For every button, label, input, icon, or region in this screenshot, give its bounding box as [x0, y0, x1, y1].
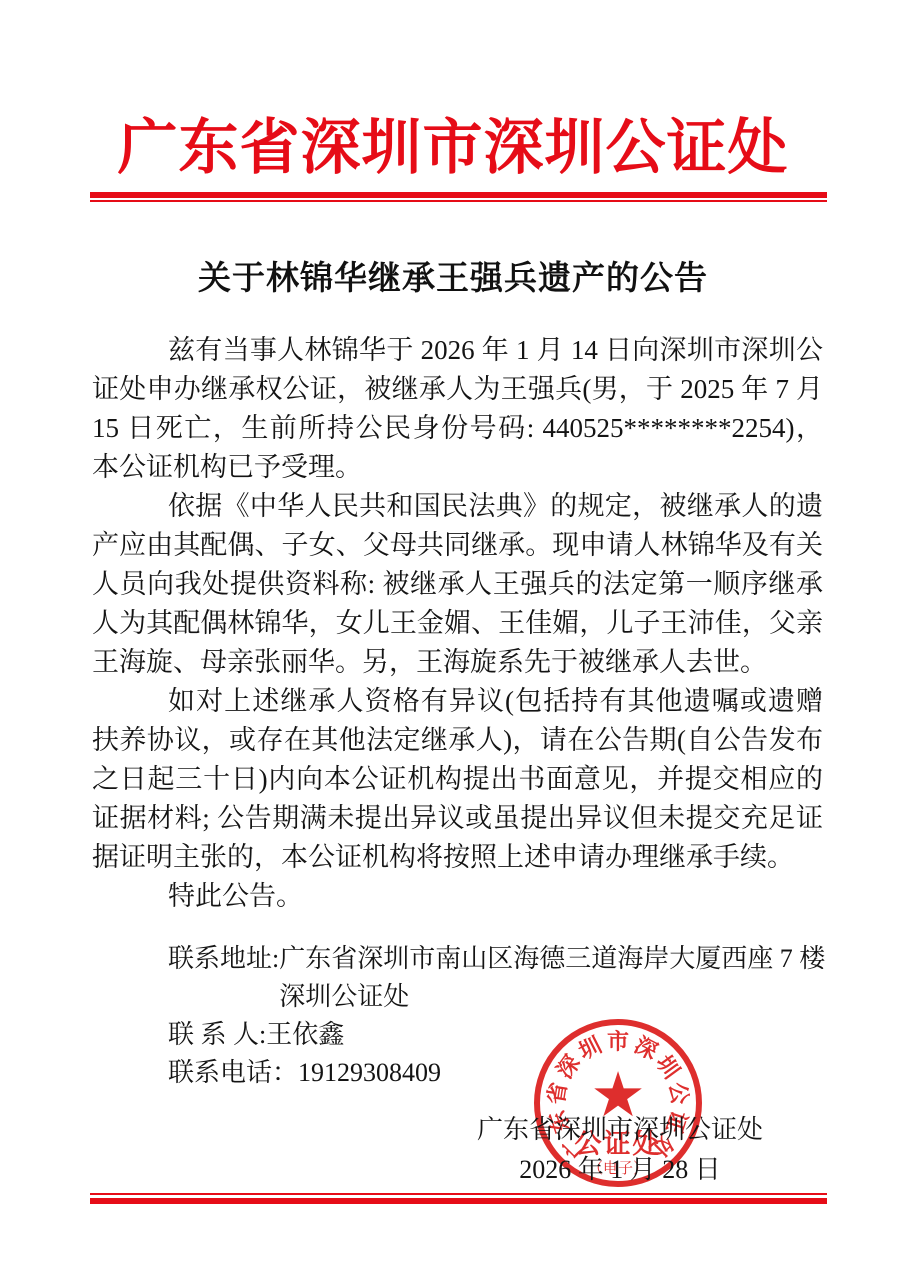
contact-block: 联系地址: 广东省深圳市南山区海德三道海岸大厦西座 7 楼 深圳公证处 联 系 … [168, 940, 828, 1092]
contact-phone-label: 联系电话： [168, 1054, 298, 1092]
seal-ring-char: 市 [605, 1029, 631, 1055]
footer-divider-rule [90, 1193, 827, 1204]
contact-address-label: 联系地址: [168, 940, 279, 978]
body-paragraph: 如对上述继承人资格有异议(包括持有其他遗嘱或遗赠扶养协议，或存在其他法定继承人)… [92, 682, 823, 877]
contact-person-value: 王依鑫 [266, 1016, 344, 1054]
org-header-title: 广东省深圳市深圳公证处 [0, 100, 906, 186]
signature-date: 2026 年 1 月 28 日 [448, 1150, 792, 1190]
document-page: 广东省深圳市深圳公证处 关于林锦华继承王强兵遗产的公告 兹有当事人林锦华于 20… [0, 0, 906, 1278]
document-title: 关于林锦华继承王强兵遗产的公告 [0, 252, 906, 299]
document-body: 兹有当事人林锦华于 2026 年 1 月 14 日向深圳市深圳公证处申办继承权公… [92, 331, 823, 916]
contact-address-row: 联系地址: 广东省深圳市南山区海德三道海岸大厦西座 7 楼 深圳公证处 [168, 940, 828, 1016]
contact-person-label: 联 系 人: [168, 1016, 266, 1054]
signature-block: 广东省深圳市深圳公证处 2026 年 1 月 28 日 [448, 1110, 792, 1190]
signature-org-name: 广东省深圳市深圳公证处 [448, 1110, 792, 1150]
contact-phone-value: 19129308409 [298, 1054, 441, 1092]
contact-address-line1: 广东省深圳市南山区海德三道海岸大厦西座 7 楼 [279, 940, 825, 978]
footer-rule-thick-line [90, 1198, 827, 1204]
contact-person-row: 联 系 人: 王依鑫 [168, 1016, 828, 1054]
header-rule-thin-line [90, 200, 827, 202]
contact-address-line2: 深圳公证处 [279, 978, 825, 1016]
body-paragraph: 依据《中华人民共和国民法典》的规定，被继承人的遗产应由其配偶、子女、父母共同继承… [92, 487, 823, 682]
header-divider-rule [90, 192, 827, 202]
body-paragraph: 兹有当事人林锦华于 2026 年 1 月 14 日向深圳市深圳公证处申办继承权公… [92, 331, 823, 487]
body-paragraph: 特此公告。 [92, 877, 823, 916]
contact-phone-row: 联系电话： 19129308409 [168, 1054, 828, 1092]
